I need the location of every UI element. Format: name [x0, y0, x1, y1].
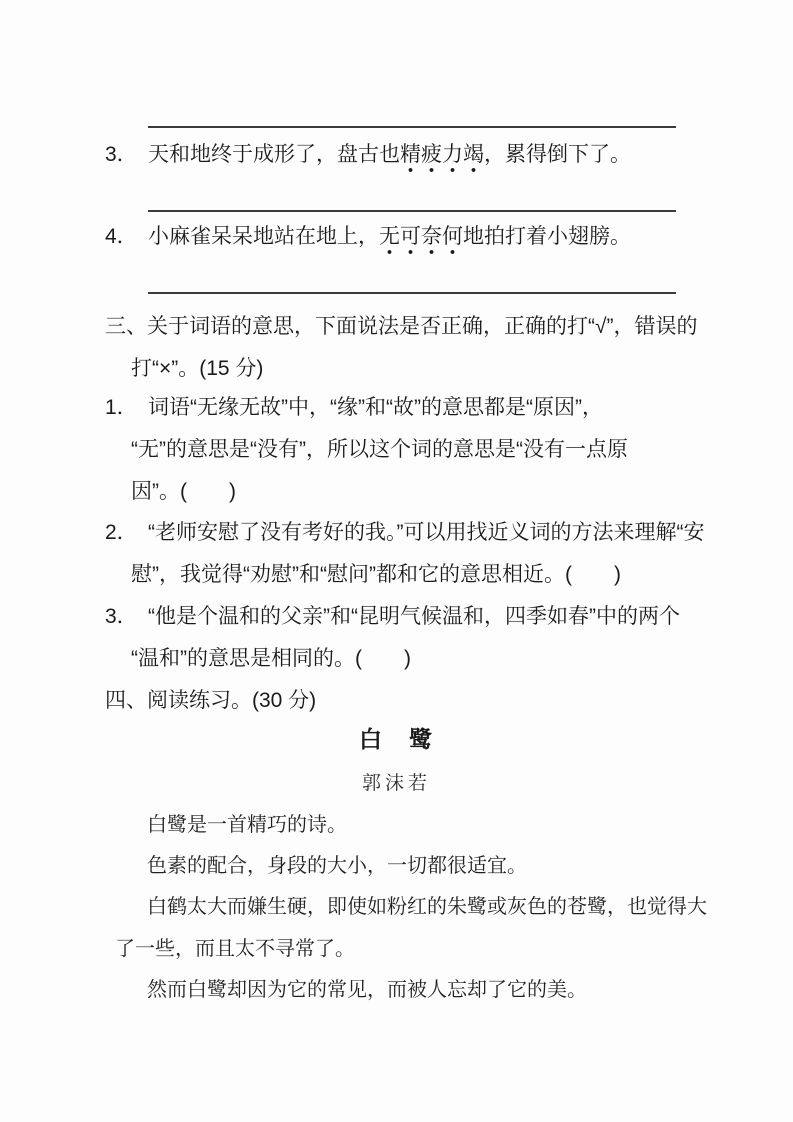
- section-three-heading-line-1: 三、关于词语的意思，下面说法是否正确，正确的打“√”，错误的: [105, 313, 698, 340]
- question-text: “他是个温和的父亲”和“昆明气候温和，四季如春”中的两个: [148, 605, 680, 628]
- item-number: 3．: [105, 603, 148, 630]
- worksheet-page: 3．天和地终于成形了，盘古也精疲力竭，累得倒下了。 4．小麻雀呆呆地站在地上，无…: [0, 0, 793, 1122]
- passage-title: 白 鹭: [0, 726, 793, 753]
- sentence-suffix: ，累得倒下了。: [484, 143, 631, 166]
- item-number: 3．: [105, 141, 148, 168]
- section-four-heading: 四、阅读练习。(30 分): [105, 687, 316, 714]
- question-1-line-3: 因”。( ): [131, 478, 236, 505]
- question-3-line-1: 3．“他是个温和的父亲”和“昆明气候温和，四季如春”中的两个: [105, 603, 680, 630]
- item-number: 2．: [105, 519, 148, 546]
- section-three-heading-line-2: 打“×”。(15 分): [131, 355, 263, 382]
- question-1-line-1: 1．词语“无缘无故”中，“缘”和“故”的意思都是“原因”，: [105, 394, 603, 421]
- item-number: 4．: [105, 223, 148, 250]
- passage-line-4: 了一些，而且太不寻常了。: [115, 935, 355, 962]
- passage-line-3: 白鹤太大而嫌生硬，即使如粉红的朱鹭或灰色的苍鹭，也觉得大: [147, 893, 707, 920]
- passage-line-2: 色素的配合，身段的大小，一切都很适宜。: [147, 852, 527, 879]
- item-number: 1．: [105, 394, 148, 421]
- question-text: 词语“无缘无故”中，“缘”和“故”的意思都是“原因”，: [148, 396, 603, 419]
- passage-author: 郭沫若: [0, 770, 793, 797]
- answer-blank-line: [148, 210, 676, 212]
- sentence-item-4: 4．小麻雀呆呆地站在地上，无可奈何地拍打着小翅膀。: [105, 223, 631, 250]
- sentence-prefix: 小麻雀呆呆地站在地上，: [148, 225, 379, 248]
- emphasized-word: 无可奈何: [379, 225, 463, 255]
- passage-line-5: 然而白鹭却因为它的常见，而被人忘却了它的美。: [147, 976, 587, 1003]
- emphasized-word: 精疲力竭: [400, 143, 484, 173]
- sentence-suffix: 地拍打着小翅膀。: [463, 225, 631, 248]
- question-1-line-2: “无”的意思是“没有”，所以这个词的意思是“没有一点原: [131, 436, 628, 463]
- question-text: “老师安慰了没有考好的我。”可以用找近义词的方法来理解“安: [148, 521, 704, 544]
- passage-line-1: 白鹭是一首精巧的诗。: [147, 811, 347, 838]
- question-2-line-1: 2．“老师安慰了没有考好的我。”可以用找近义词的方法来理解“安: [105, 519, 704, 546]
- question-2-line-2: 慰”，我觉得“劝慰”和“慰问”都和它的意思相近。( ): [131, 561, 621, 588]
- sentence-prefix: 天和地终于成形了，盘古也: [148, 143, 400, 166]
- answer-blank-line: [148, 126, 676, 128]
- question-3-line-2: “温和”的意思是相同的。( ): [131, 645, 411, 672]
- answer-blank-line: [148, 292, 676, 294]
- sentence-item-3: 3．天和地终于成形了，盘古也精疲力竭，累得倒下了。: [105, 141, 631, 168]
